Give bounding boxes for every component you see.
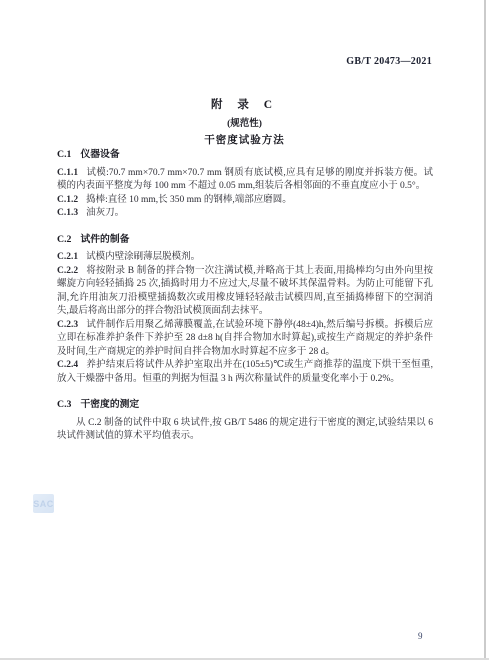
- clause-c13: C.1.3油灰刀。: [57, 207, 433, 221]
- section-c3-paragraph: 从 C.2 制备的试件中取 6 块试件,按 GB/T 5486 的规定进行干密度…: [57, 417, 433, 444]
- document-body: C.1仪器设备 C.1.1试模:70.7 mm×70.7 mm×70.7 mm …: [57, 148, 433, 444]
- clause-number: C.1.2: [57, 195, 78, 205]
- section-number: C.1: [57, 149, 71, 160]
- clause-c11: C.1.1试模:70.7 mm×70.7 mm×70.7 mm 钢质有底试模,应…: [57, 167, 433, 194]
- clause-number: C.2.4: [57, 360, 78, 370]
- clause-text: 将按附录 B 制备的拌合物一次注满试模,并略高于其上表面,用捣棒均匀由外向里按螺…: [57, 266, 433, 317]
- section-number: C.3: [57, 399, 71, 410]
- clause-number: C.1.3: [57, 208, 78, 218]
- document-page: GB/T 20473—2021 附 录 C (规范性) 干密度试验方法 C.1仪…: [0, 0, 489, 660]
- clause-text: 试模内壁涂刷薄层脱模剂。: [86, 252, 200, 262]
- standard-code: GB/T 20473—2021: [346, 56, 432, 67]
- page-number: 9: [418, 631, 423, 641]
- appendix-subject: 干密度试验方法: [0, 132, 489, 147]
- section-heading-c2: C.2试件的制备: [57, 233, 433, 247]
- section-heading-c1: C.1仪器设备: [57, 148, 433, 162]
- clause-text: 试件制作后用聚乙烯薄膜覆盖,在试验环境下静停(48±4)h,然后编号拆模。拆模后…: [57, 320, 433, 357]
- clause-c22: C.2.2将按附录 B 制备的拌合物一次注满试模,并略高于其上表面,用捣棒均匀由…: [57, 265, 433, 319]
- section-heading-c3: C.3干密度的测定: [57, 398, 433, 412]
- clause-number: C.1.1: [57, 168, 78, 178]
- page-edge-right: [484, 0, 486, 660]
- section-title: 仪器设备: [80, 149, 119, 160]
- sac-watermark: SAC: [33, 494, 54, 513]
- clause-c24: C.2.4养护结束后将试件从养护室取出并在(105±5)℃或生产商推荐的温度下烘…: [57, 359, 433, 386]
- clause-number: C.2.3: [57, 320, 78, 330]
- clause-number: C.2.2: [57, 266, 78, 276]
- clause-c23: C.2.3试件制作后用聚乙烯薄膜覆盖,在试验环境下静停(48±4)h,然后编号拆…: [57, 319, 433, 360]
- clause-text: 捣棒:直径 10 mm,长 350 mm 的钢棒,端部应磨圆。: [86, 195, 292, 205]
- clause-text: 养护结束后将试件从养护室取出并在(105±5)℃或生产商推荐的温度下烘干至恒重,…: [57, 360, 433, 384]
- section-title: 干密度的测定: [80, 399, 139, 410]
- section-title: 试件的制备: [80, 234, 129, 245]
- clause-text: 试模:70.7 mm×70.7 mm×70.7 mm 钢质有底试模,应具有足够的…: [57, 168, 433, 192]
- clause-c12: C.1.2捣棒:直径 10 mm,长 350 mm 的钢棒,端部应磨圆。: [57, 194, 433, 208]
- section-number: C.2: [57, 234, 71, 245]
- appendix-title: 附 录 C: [0, 96, 489, 112]
- clause-number: C.2.1: [57, 252, 78, 262]
- clause-c21: C.2.1试模内壁涂刷薄层脱模剂。: [57, 251, 433, 265]
- clause-text: 油灰刀。: [86, 208, 124, 218]
- appendix-title-block: 附 录 C (规范性) 干密度试验方法: [0, 96, 489, 147]
- appendix-normative-label: (规范性): [0, 115, 489, 129]
